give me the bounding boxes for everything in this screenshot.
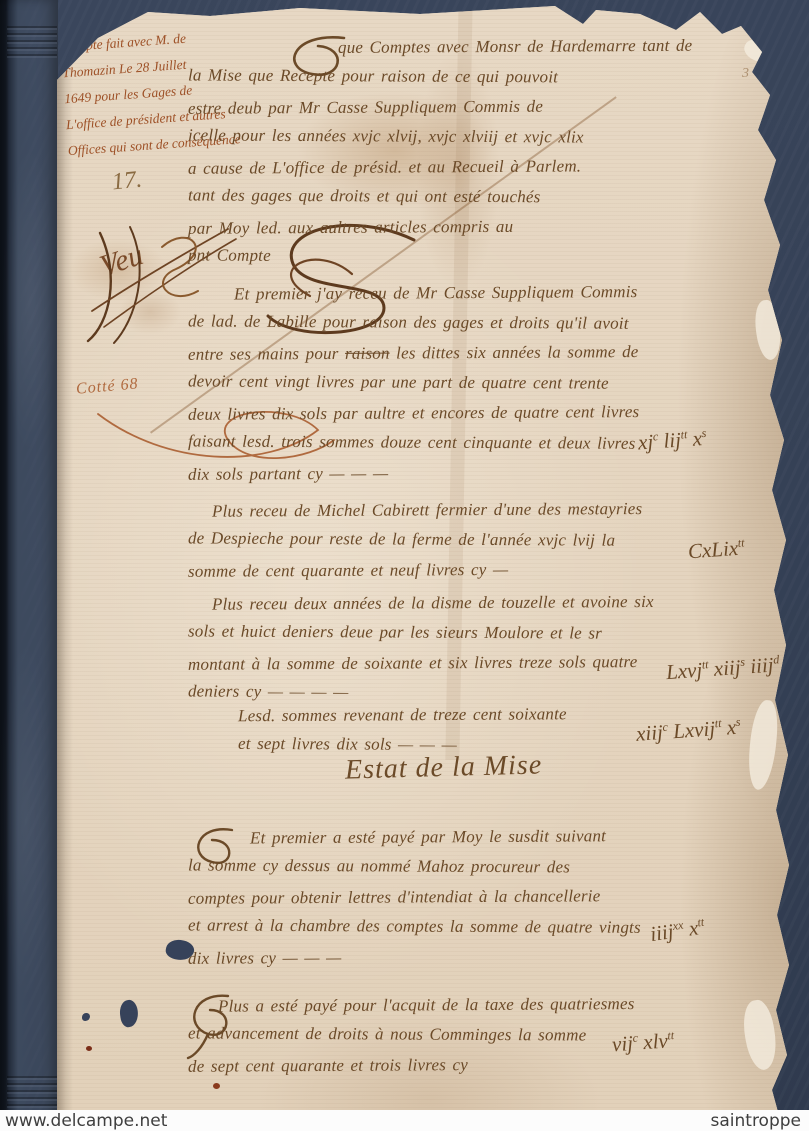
amount-sup: c	[632, 1031, 638, 1045]
folio-mark: 17.	[111, 167, 144, 197]
amount-base: xlv	[642, 1028, 668, 1054]
ink-spot	[213, 1083, 220, 1089]
binding-rib-texture	[7, 1076, 57, 1110]
binding-rib-texture	[7, 26, 57, 60]
amount-sup: tt	[737, 535, 745, 549]
amount-roman: CxLixtt	[687, 535, 755, 565]
paragraph-first-receipt: Et premier j'ay receu de Mr Casse Suppli…	[188, 278, 784, 488]
amount-sup	[749, 535, 750, 549]
paragraph-cabirett-receipt: Plus receu de Michel Cabirett fermier d'…	[188, 495, 784, 585]
watermark-strip: www.delcampe.net saintroppe	[0, 1110, 809, 1131]
manuscript-photo: Compte fait avec M. de Thomazin Le 28 Ju…	[0, 0, 809, 1131]
amount-roman: vijcxlvtt	[611, 1028, 680, 1058]
line-segment: entre ses mains pour	[188, 344, 345, 364]
crumple-highlight	[746, 699, 780, 791]
amount-base: iiij	[749, 653, 774, 679]
amount-base: Lxvij	[672, 716, 716, 743]
paper-hole	[118, 999, 140, 1028]
manuscript-line: que Comptes avec Monsr de Hardemarre tan…	[188, 30, 784, 64]
amount-sup: tt	[696, 915, 705, 930]
manuscript-line: et advancement de droits à nous Comminge…	[188, 1018, 784, 1051]
paragraph-mise-payment-2: Plus a esté payé pour l'acquit de la tax…	[188, 990, 784, 1080]
manuscript-line: pnt Compte	[188, 240, 784, 273]
book-binding-spine	[0, 0, 58, 1131]
amount-sup: s	[701, 426, 707, 440]
manuscript-line: la somme cy dessus au nommé Mahoz procur…	[188, 850, 784, 883]
line-segment: les dittes six années la somme de	[390, 342, 639, 363]
manuscript-line: Lesd. sommes revenant de treze cent soix…	[238, 699, 658, 732]
manuscript-line: de sept cent quarante et trois livres cy	[188, 1048, 784, 1082]
amount-sup: tt	[680, 427, 688, 441]
manuscript-line: la Mise que Recepte pour raison de ce qu…	[188, 60, 784, 93]
amount-sup: tt	[701, 657, 709, 671]
amount-sup: tt	[714, 716, 722, 730]
amount-sup: d	[773, 652, 780, 666]
amount-base: xiij	[713, 655, 741, 681]
ink-spot	[86, 1046, 92, 1051]
paragraph-disme-receipt: Plus receu deux années de la disme de to…	[188, 588, 784, 708]
manuscript-line: tant des gages que droits et qui ont est…	[188, 180, 784, 213]
manuscript-line: dix livres cy — — —	[188, 940, 784, 974]
manuscript-line: dix sols partant cy — — —	[188, 456, 784, 490]
manuscript-line: Plus receu deux années de la disme de to…	[188, 586, 784, 620]
struck-word: raison	[345, 344, 390, 363]
manuscript-line: comptes pour obtenir lettres d'intendiat…	[188, 880, 784, 914]
manuscript-line: icelle pour les années xvjc xlvij, xvjc …	[188, 120, 784, 153]
manuscript-line: estre deub par Mr Casse Suppliquem Commi…	[188, 90, 784, 124]
manuscript-line: a cause de L'office de présid. et au Rec…	[188, 150, 784, 184]
manuscript-line: Plus receu de Michel Cabirett fermier d'…	[188, 493, 784, 527]
manuscript-line: Et premier a esté payé par Moy le susdit…	[188, 820, 784, 854]
amount-base: vij	[611, 1031, 634, 1056]
manuscript-line: entre ses mains pour raison les dittes s…	[188, 336, 784, 370]
amount-sup: xx	[672, 918, 685, 933]
manuscript-line: Plus a esté payé pour l'acquit de la tax…	[188, 988, 784, 1022]
manuscript-line: sols et huict deniers deue par les sieur…	[188, 616, 784, 649]
manuscript-line: de lad. de Labille pour raison des gages…	[188, 306, 784, 339]
amount-sup: c	[652, 429, 658, 443]
paper-hole	[82, 1013, 90, 1021]
paragraph-receipts-intro: que Comptes avec Monsr de Hardemarre tan…	[188, 32, 784, 272]
amount-base: Lxvj	[665, 658, 703, 684]
manuscript-line: devoir cent vingt livres par une part de…	[188, 366, 784, 399]
amount-sup: s	[740, 655, 746, 669]
amount-sup: tt	[667, 1028, 675, 1042]
amount-base: xiij	[635, 720, 663, 746]
amount-roman: xjclijttxs	[637, 425, 712, 455]
amount-sup: s	[735, 715, 741, 729]
section-heading-mise: Estat de la Mise	[345, 749, 543, 786]
amount-base	[749, 535, 751, 559]
manuscript-line: deux livres dix sols par aultre et encor…	[188, 396, 784, 430]
amount-base: CxLix	[687, 536, 739, 563]
manuscript-line: Et premier j'ay receu de Mr Casse Suppli…	[188, 276, 784, 310]
paragraph-mise-payment-1: Et premier a esté payé par Moy le susdit…	[188, 822, 784, 972]
gutter-shadow	[57, 0, 73, 1112]
amount-sup: c	[662, 720, 668, 734]
manuscript-page: Compte fait avec M. de Thomazin Le 28 Ju…	[0, 0, 809, 1112]
seller-watermark: saintroppe	[711, 1111, 802, 1131]
manuscript-line: par Moy led. aux aultres articles compri…	[188, 210, 784, 244]
delcampe-watermark: www.delcampe.net	[5, 1111, 167, 1131]
amount-base: lij	[663, 428, 682, 453]
